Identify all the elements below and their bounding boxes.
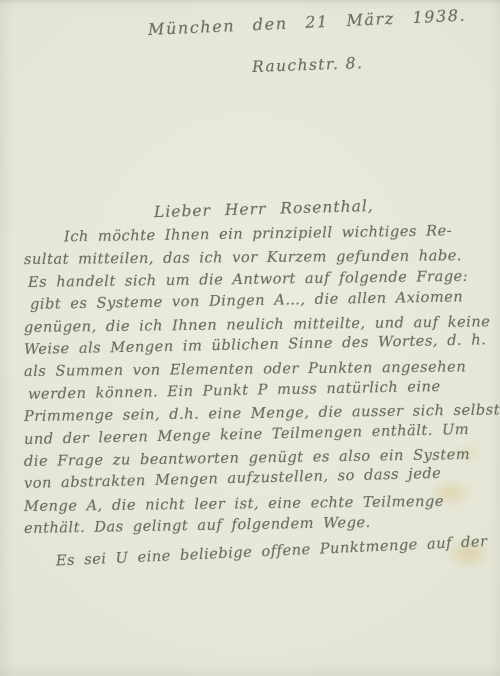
salutation: Lieber Herr Rosenthal, xyxy=(154,197,374,221)
dateline: München den 21 März 1938. xyxy=(148,6,467,39)
address-line: Rauchstr. 8. xyxy=(252,54,364,76)
letter-body: Ich möchte Ihnen ein prinzipiell wichtig… xyxy=(24,227,486,574)
letter-scan-page: München den 21 März 1938. Rauchstr. 8. L… xyxy=(0,0,500,676)
